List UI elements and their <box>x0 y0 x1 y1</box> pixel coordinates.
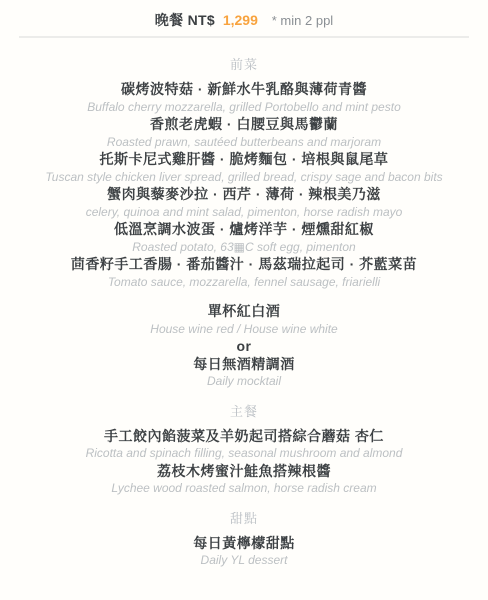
dish-description: celery, quinoa and mint salad, pimenton,… <box>0 204 488 222</box>
drink-description: House wine red / House wine white <box>0 321 488 339</box>
section-title-appetizers: 前菜 <box>0 58 488 72</box>
dish-name: 低溫烹調水波蛋 · 爐烤洋芋 · 煙燻甜紅椒 <box>0 221 488 239</box>
dish-name: 蟹肉與藜麥沙拉 · 西芹 · 薄荷 · 辣根美乃滋 <box>0 186 488 204</box>
dish-name: 每日黃檸檬甜點 <box>0 535 488 553</box>
dish-description: Buffalo cherry mozzarella, grilled Porto… <box>0 99 488 117</box>
or-separator: or <box>0 338 488 356</box>
appetizer-list: 碳烤波特菇 · 新鮮水牛乳酪與薄荷青醬 Buffalo cherry mozza… <box>0 81 488 291</box>
menu-body: 前菜 碳烤波特菇 · 新鮮水牛乳酪與薄荷青醬 Buffalo cherry mo… <box>0 38 488 570</box>
dish-name: 手工餃內餡菠菜及羊奶起司搭綜合蘑菇 杏仁 <box>0 428 488 446</box>
dish-description: Ricotta and spinach filling, seasonal mu… <box>0 445 488 463</box>
dessert-list: 每日黃檸檬甜點 Daily YL dessert <box>0 535 488 570</box>
drink-name: 每日無酒精調酒 <box>0 356 488 374</box>
dish-description: Tomato sauce, mozzarella, fennel sausage… <box>0 274 488 292</box>
dish-name: 托斯卡尼式雞肝醬 · 脆烤麵包 · 培根與鼠尾草 <box>0 151 488 169</box>
menu-title: 晚餐 NT$ <box>155 12 215 28</box>
drinks-block: 單杯紅白酒 House wine red / House wine white … <box>0 303 488 391</box>
dish-name: 茴香籽手工香腸 · 番茄醬汁 · 馬茲瑞拉起司 · 芥藍菜苗 <box>0 256 488 274</box>
min-people-note: * min 2 ppl <box>272 13 333 28</box>
dish-description: Daily YL dessert <box>0 552 488 570</box>
drink-name: 單杯紅白酒 <box>0 303 488 321</box>
dish-name: 碳烤波特菇 · 新鮮水牛乳酪與薄荷青醬 <box>0 81 488 99</box>
mains-list: 手工餃內餡菠菜及羊奶起司搭綜合蘑菇 杏仁 Ricotta and spinach… <box>0 428 488 498</box>
section-title-dessert: 甜點 <box>0 512 488 526</box>
section-title-mains: 主餐 <box>0 405 488 419</box>
dish-name: 香煎老虎蝦 · 白腰豆與馬鬱蘭 <box>0 116 488 134</box>
menu-header: 晚餐 NT$ 1,299 * min 2 ppl <box>19 0 469 38</box>
dish-description: Roasted prawn, sautéed butterbeans and m… <box>0 134 488 152</box>
drink-description: Daily mocktail <box>0 373 488 391</box>
menu-price: 1,299 <box>223 12 258 28</box>
dish-name: 荔枝木烤蜜汁鮭魚搭辣根醬 <box>0 463 488 481</box>
dish-description: Roasted potato, 63▦C soft egg, pimenton <box>0 239 488 257</box>
dish-description: Lychee wood roasted salmon, horse radish… <box>0 480 488 498</box>
dish-description: Tuscan style chicken liver spread, grill… <box>0 169 488 187</box>
